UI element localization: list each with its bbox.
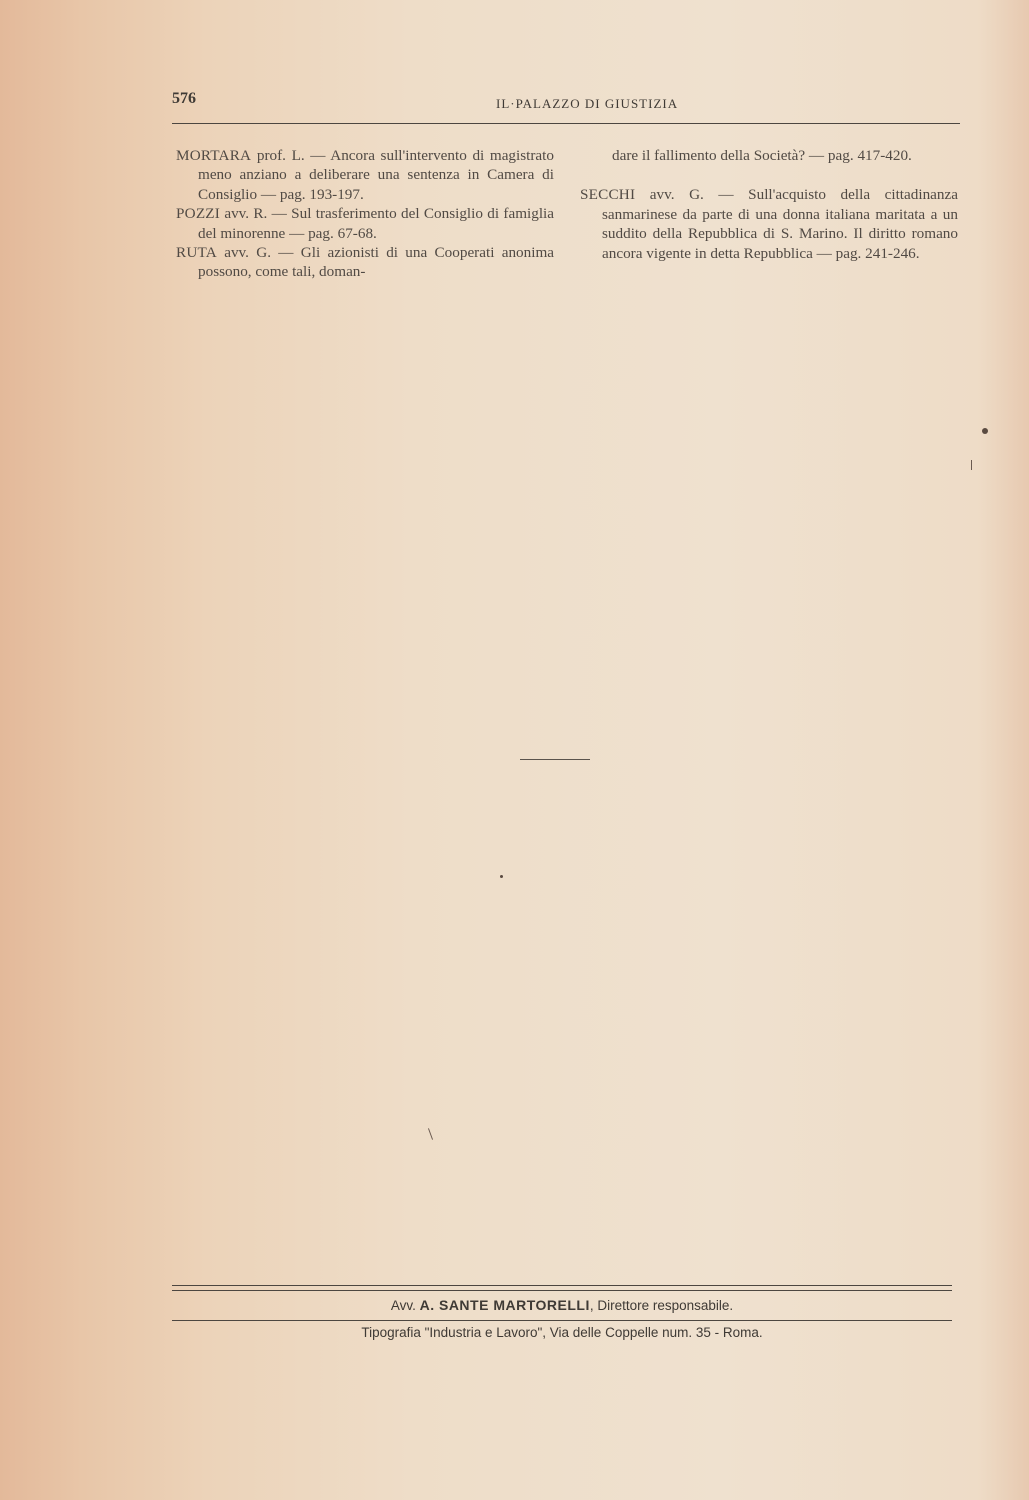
- entry-author: RUTA: [176, 244, 217, 261]
- entry-text: prof. L. — Ancora sull'intervento di mag…: [198, 147, 554, 203]
- paper-mark: [428, 1128, 433, 1140]
- director-prefix: Avv.: [391, 1298, 420, 1313]
- index-entry-ruta-continuation: dare il fallimento della Società? — pag.…: [580, 146, 958, 165]
- section-end-rule: [520, 759, 590, 760]
- index-entry-secchi: SECCHI avv. G. — Sull'acquisto della cit…: [580, 185, 958, 263]
- page-number: 576: [172, 90, 196, 108]
- entry-text: avv. G. — Gli azionisti di una Cooperati…: [198, 244, 554, 280]
- entry-text: avv. G. — Sull'acquisto della cittadinan…: [602, 186, 958, 261]
- entry-spacer: [580, 165, 958, 185]
- index-entry-ruta: RUTA avv. G. — Gli azionisti di una Coop…: [176, 243, 554, 282]
- entry-author: POZZI: [176, 205, 220, 222]
- header-rule: [172, 123, 960, 124]
- footer-director-line: Avv. A. SANTE MARTORELLI, Direttore resp…: [172, 1297, 952, 1313]
- paper-speck: [982, 428, 988, 434]
- entry-author: MORTARA: [176, 147, 251, 164]
- director-name: A. SANTE MARTORELLI: [420, 1297, 590, 1313]
- entry-author: SECCHI: [580, 186, 635, 203]
- right-column: dare il fallimento della Società? — pag.…: [580, 146, 958, 263]
- left-column: MORTARA prof. L. — Ancora sull'intervent…: [176, 146, 554, 282]
- running-title: IL·PALAZZO DI GIUSTIZIA: [496, 96, 678, 112]
- index-entry-pozzi: POZZI avv. R. — Sul trasferimento del Co…: [176, 204, 554, 243]
- paper-mark: [971, 460, 972, 470]
- index-entry-mortara: MORTARA prof. L. — Ancora sull'intervent…: [176, 146, 554, 204]
- footer-printer-line: Tipografia "Industria e Lavoro", Via del…: [172, 1325, 952, 1340]
- paper-speck: [500, 875, 503, 878]
- footer-double-rule-top: [172, 1285, 952, 1286]
- director-title: , Direttore responsabile.: [590, 1298, 733, 1313]
- footer-double-rule-bottom: [172, 1290, 952, 1291]
- footer-separator-rule: [172, 1320, 952, 1321]
- entry-text: avv. R. — Sul trasferimento del Consigli…: [198, 205, 554, 241]
